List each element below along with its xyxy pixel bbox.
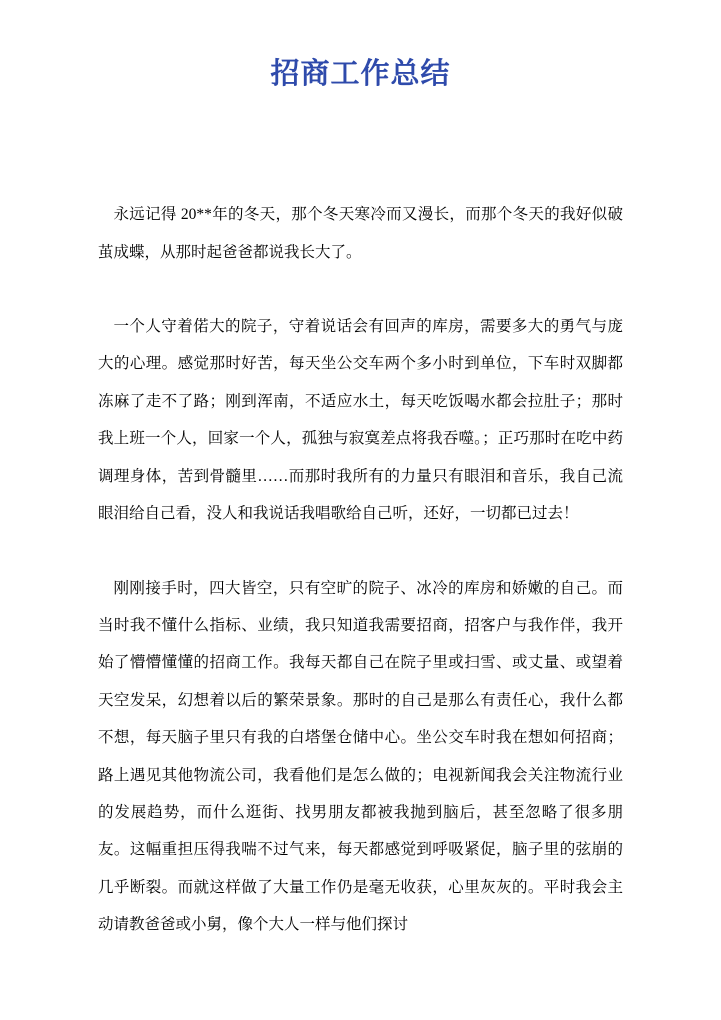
paragraph-2: 一个人守着偌大的院子，守着说话会有回声的库房，需要多大的勇气与庞大的心理。感觉那… [98, 308, 623, 532]
paragraph-1: 永远记得 20**年的冬天，那个冬天寒冷而又漫长，而那个冬天的我好似破茧成蝶，从… [98, 196, 623, 271]
document-page: 招商工作总结 永远记得 20**年的冬天，那个冬天寒冷而又漫长，而那个冬天的我好… [0, 0, 721, 1020]
paragraph-3: 刚刚接手时，四大皆空，只有空旷的院子、冰冷的库房和娇嫩的自己。而当时我不懂什么指… [98, 570, 623, 944]
document-title: 招商工作总结 [98, 56, 623, 92]
document-body: 永远记得 20**年的冬天，那个冬天寒冷而又漫长，而那个冬天的我好似破茧成蝶，从… [98, 196, 623, 943]
